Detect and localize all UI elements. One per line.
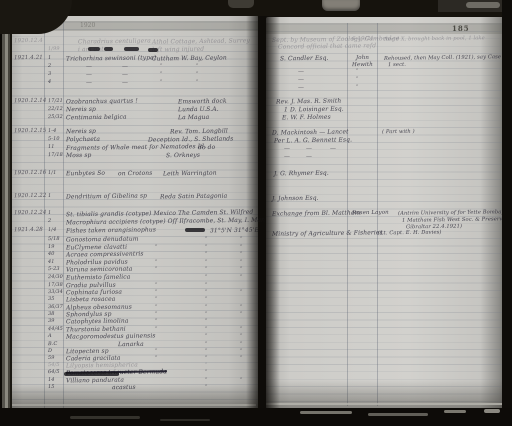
ditto-mark: ″	[155, 267, 157, 273]
donor-name: 1 D. Loisinger Esq.	[284, 107, 344, 114]
entry-number: B.C	[48, 342, 57, 347]
entry-number: D	[48, 349, 52, 354]
entry-number: 35	[48, 297, 55, 302]
entry-number: 24/30	[48, 275, 63, 280]
entry-number: 54/5	[48, 363, 60, 368]
top-edge	[0, 0, 512, 16]
species-name: Acraea compressiventris	[66, 251, 144, 258]
ditto-mark: ″	[240, 252, 242, 258]
ink-smudge	[148, 48, 158, 52]
remark: ( Part with )	[382, 130, 415, 136]
donor-name: Exchange from Bl. Mattham	[272, 210, 360, 217]
entry-number: 38	[48, 312, 55, 317]
ditto-mark: ″	[240, 356, 242, 362]
entry-number: 33/34	[48, 290, 63, 295]
page-bottom-shadow-left	[10, 384, 258, 410]
donor-name: Per L. A. G. Bennett Esq.	[274, 137, 352, 144]
table-highlight	[484, 409, 500, 413]
ditto-mark: ″	[356, 85, 358, 91]
ditto-mark: ″	[240, 334, 242, 340]
reference-note: John	[356, 56, 369, 62]
ditto-mark: ″	[205, 319, 207, 325]
ink-smudge	[185, 228, 205, 232]
ditto-mark: ″	[155, 297, 157, 303]
ditto-mark: —	[284, 146, 290, 152]
ditto-mark: ″	[205, 297, 207, 303]
table-highlight	[368, 413, 428, 416]
remark: (Lt. Capt. E. H. Davies)	[378, 231, 442, 237]
species-name: Catophytes limolina	[66, 319, 129, 326]
ditto-mark: ″	[155, 356, 157, 362]
ditto-mark: —	[298, 69, 304, 75]
ditto-mark: —	[298, 77, 304, 83]
species-name: Macgoromodestus guinensis	[66, 333, 156, 340]
species-name: Lisbeta rosacea	[66, 297, 115, 304]
species-name: Varuna semicoronata	[66, 267, 133, 274]
book-spine-edge	[0, 0, 12, 426]
right-edge	[502, 0, 512, 426]
donor-name: E. W. F. Holmes	[282, 115, 331, 122]
binding-clamp	[322, 0, 360, 11]
ink-smudge	[124, 47, 139, 51]
ditto-mark: ″	[205, 370, 207, 376]
entry-number: 41	[48, 260, 55, 265]
page-number: 185	[452, 24, 470, 33]
donor-name: Rev. J. Mas. R. Smith	[276, 99, 341, 106]
top-right-highlight	[466, 2, 500, 8]
ditto-mark: ″	[240, 267, 242, 273]
ink-smudge	[64, 372, 119, 376]
donor-name: S. Candler Esq.	[280, 56, 329, 63]
donor-name: J. G. Rhymer Esq.	[274, 171, 329, 178]
entry-number: 40	[48, 252, 55, 257]
entry-number: 44/45	[48, 327, 63, 332]
remark: Rec'd X, brought back in pool, 1 lake	[384, 36, 485, 43]
entry-number: 5-23	[48, 267, 60, 272]
ditto-mark: ″	[356, 69, 358, 75]
table-highlight	[70, 416, 140, 419]
ink-smudge	[104, 47, 113, 51]
table-highlight	[160, 419, 210, 421]
ditto-mark: ″	[205, 275, 207, 281]
ditto-mark: —	[298, 85, 304, 91]
entry-number: 59	[48, 356, 55, 361]
ditto-mark: ″	[240, 290, 242, 296]
entry-number: 19	[48, 245, 55, 250]
ditto-mark: —	[306, 154, 312, 160]
ink-smudge	[88, 47, 100, 51]
remark: 1 sect.	[388, 63, 406, 68]
ledger-photo: 1920 185 1920.12.4Charadrius centuligera…	[0, 0, 512, 426]
ditto-mark: —	[330, 146, 336, 152]
table-highlight	[300, 411, 352, 414]
entry-detail: Lanarka	[118, 342, 144, 348]
binding-fitting	[228, 0, 254, 8]
entry-number: 39	[48, 319, 55, 324]
entry-number: A	[48, 334, 52, 339]
entry-number: 17/38	[48, 283, 63, 288]
reference-note: Rosen Layon	[352, 211, 389, 217]
gutter-shadow	[246, 14, 280, 412]
ditto-mark: —	[306, 146, 312, 152]
species-name: Euthemisto famelica	[66, 275, 130, 282]
ditto-mark: ″	[240, 275, 242, 281]
page-edge-right	[266, 403, 502, 405]
donor-name: Ministry of Agriculture & Fisheries	[272, 230, 383, 238]
donor-name: D. Mackintosh — Lancet	[272, 129, 349, 136]
ditto-mark: ″	[240, 312, 242, 318]
ditto-mark: ″	[155, 319, 157, 325]
ditto-mark: ″	[205, 267, 207, 273]
ditto-mark: ″	[205, 252, 207, 258]
table-highlight	[444, 410, 466, 413]
ditto-mark: —	[284, 154, 290, 160]
entry-number: 36/37	[48, 305, 63, 310]
entry-number: 14	[48, 378, 55, 383]
page-bottom-shadow-right	[266, 380, 504, 410]
year-stamp: 1920	[80, 22, 95, 29]
donor-name: Concord official that came refd	[278, 43, 376, 50]
page-edge-left	[12, 404, 256, 406]
ditto-mark: ″	[205, 334, 207, 340]
entry-number: 64/5	[48, 370, 60, 375]
ditto-mark: ″	[155, 245, 157, 251]
ditto-mark: ″	[356, 77, 358, 83]
